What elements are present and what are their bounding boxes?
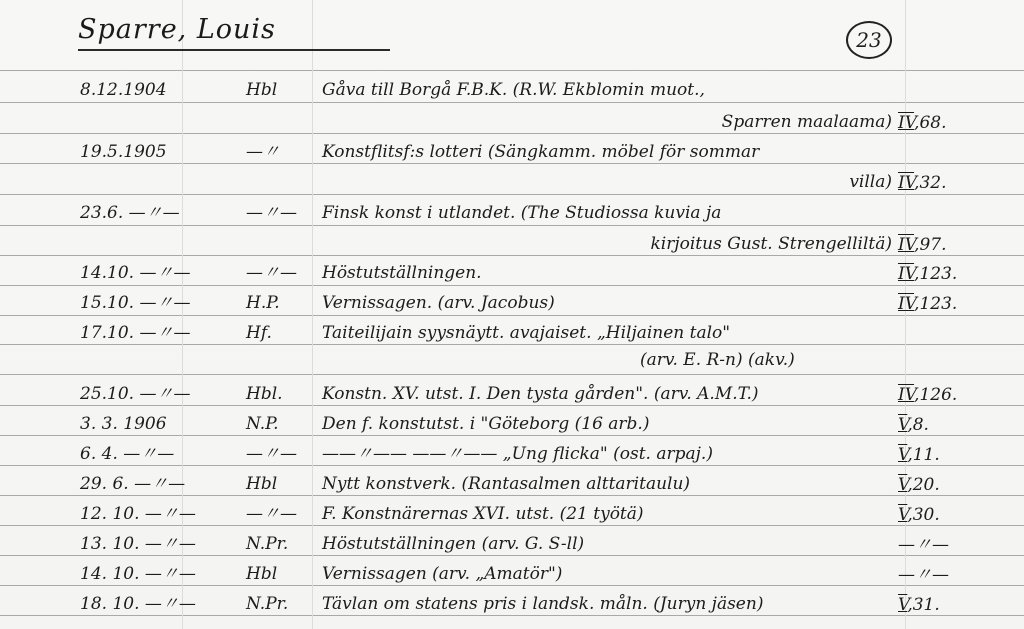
entry-description: Gåva till Borgå F.B.K. (R.W. Ekblomin mu… <box>322 80 705 100</box>
entry-date: 3. 3. 1906 <box>80 414 230 434</box>
entry-reference: IV,68. <box>898 113 1008 133</box>
entry-reference: —〃— <box>898 535 1008 555</box>
ref-volume: V <box>898 595 907 615</box>
entry-date: 14. 10. —〃— <box>80 564 230 584</box>
entry-source: H.P. <box>246 293 316 313</box>
ref-page: 123. <box>919 294 957 314</box>
entry-source: N.Pr. <box>246 594 316 614</box>
entry-description: Konstn. XV. utst. I. Den tysta gården". … <box>322 384 759 404</box>
card-number-circled: 23 <box>846 21 892 59</box>
entry-reference: IV,123. <box>898 294 1008 314</box>
entry-date: 25.10. —〃— <box>80 384 230 404</box>
entry-description: Vernissagen (arv. „Amatör") <box>322 564 562 584</box>
ruled-line <box>0 285 1024 286</box>
entry-date: 17.10. —〃— <box>80 323 230 343</box>
ref-page: 31. <box>913 595 940 615</box>
entry-reference: IV,123. <box>898 264 1008 284</box>
entry-reference: V,11. <box>898 445 1008 465</box>
archive-index-card: Sparre, Louis 23 8.12.1904 Hbl Gåva till… <box>0 0 1024 629</box>
ruled-line <box>0 374 1024 375</box>
ref-volume: IV <box>898 385 914 405</box>
entry-source: N.Pr. <box>246 534 316 554</box>
ref-volume: IV <box>898 173 914 193</box>
entry-date: 8.12.1904 <box>80 80 230 100</box>
entry-date: 14.10. —〃— <box>80 263 230 283</box>
ruled-line <box>0 495 1024 496</box>
entry-date: 12. 10. —〃— <box>80 504 230 524</box>
entry-source: Hbl <box>246 474 316 494</box>
ruled-line <box>0 163 1024 164</box>
entry-description: Tävlan om statens pris i landsk. måln. (… <box>322 594 763 614</box>
ruled-line <box>0 102 1024 103</box>
ref-volume: V <box>898 505 907 525</box>
entry-source: —〃— <box>246 203 316 223</box>
entry-description-continued: Sparren maalaama) <box>322 112 892 132</box>
entry-source: Hbl <box>246 564 316 584</box>
entry-description: Finsk konst i utlandet. (The Studiossa k… <box>322 203 721 223</box>
ref-page: 8. <box>913 415 929 435</box>
entry-source: —〃— <box>246 504 316 524</box>
ref-volume: IV <box>898 113 914 133</box>
entry-date: 15.10. —〃— <box>80 293 230 313</box>
entry-description: Höstutställningen (arv. G. S-ll) <box>322 534 584 554</box>
entry-source: Hbl. <box>246 384 316 404</box>
entry-reference: V,8. <box>898 415 1008 435</box>
ref-page: 123. <box>919 264 957 284</box>
ruled-line <box>0 70 1024 71</box>
entry-description-continued: kirjoitus Gust. Strengelliltä) <box>322 234 892 254</box>
entry-reference: IV,97. <box>898 235 1008 255</box>
entry-date: 13. 10. —〃— <box>80 534 230 554</box>
card-heading-name: Sparre, Louis <box>78 14 276 45</box>
ref-page: 126. <box>919 385 957 405</box>
entry-description: Nytt konstverk. (Rantasalmen alttaritaul… <box>322 474 690 494</box>
ruled-line <box>0 435 1024 436</box>
ref-page: 97. <box>919 235 946 255</box>
ref-page: 32. <box>919 173 946 193</box>
entry-source: —〃 <box>246 142 316 162</box>
ref-volume: V <box>898 445 907 465</box>
entry-source: Hbl <box>246 80 316 100</box>
entry-description: Höstutställningen. <box>322 263 482 283</box>
entry-description: Den f. konstutst. i "Göteborg (16 arb.) <box>322 414 649 434</box>
entry-description: F. Konstnärernas XVI. utst. (21 työtä) <box>322 504 644 524</box>
ruled-line <box>0 133 1024 134</box>
ref-volume: IV <box>898 264 914 284</box>
ruled-line <box>0 405 1024 406</box>
entry-source: —〃— <box>246 444 316 464</box>
ref-page: 68. <box>919 113 946 133</box>
entry-reference: IV,126. <box>898 385 1008 405</box>
ref-volume: V <box>898 475 907 495</box>
entry-description-continued: (arv. E. R-n) (akv.) <box>640 350 795 370</box>
ref-volume: V <box>898 415 907 435</box>
ref-volume: IV <box>898 235 914 255</box>
entry-source: —〃— <box>246 263 316 283</box>
entry-reference: V,31. <box>898 595 1008 615</box>
entry-reference: V,20. <box>898 475 1008 495</box>
ruled-line <box>0 525 1024 526</box>
ruled-line <box>0 585 1024 586</box>
ruled-line <box>0 344 1024 345</box>
entry-date: 29. 6. —〃— <box>80 474 230 494</box>
ruled-line <box>0 194 1024 195</box>
ruled-line <box>0 255 1024 256</box>
ref-page: 11. <box>913 445 940 465</box>
ruled-line <box>0 465 1024 466</box>
ref-page: 20. <box>913 475 940 495</box>
ruled-line <box>0 315 1024 316</box>
entry-reference: —〃— <box>898 565 1008 585</box>
entry-date: 23.6. —〃— <box>80 203 230 223</box>
ref-ditto: —〃— <box>898 565 949 585</box>
entry-description: ——〃—— ——〃—— „Ung flicka" (ost. arpaj.) <box>322 444 713 464</box>
entry-date: 19.5.1905 <box>80 142 230 162</box>
entry-date: 18. 10. —〃— <box>80 594 230 614</box>
entry-description: Vernissagen. (arv. Jacobus) <box>322 293 555 313</box>
entry-reference: IV,32. <box>898 173 1008 193</box>
ruled-line <box>0 225 1024 226</box>
entry-description: Konstflitsf:s lotteri (Sängkamm. möbel f… <box>322 142 759 162</box>
entry-source: Hf. <box>246 323 316 343</box>
entry-description-continued: villa) <box>322 172 892 192</box>
ruled-line <box>0 615 1024 616</box>
ref-page: 30. <box>913 505 940 525</box>
entry-description: Taiteilijain syysnäytt. avajaiset. „Hilj… <box>322 323 730 343</box>
ref-volume: IV <box>898 294 914 314</box>
entry-source: N.P. <box>246 414 316 434</box>
ref-ditto: —〃— <box>898 535 949 555</box>
entry-date: 6. 4. —〃— <box>80 444 230 464</box>
ruled-line <box>0 555 1024 556</box>
heading-underline <box>78 49 390 51</box>
entry-reference: V,30. <box>898 505 1008 525</box>
